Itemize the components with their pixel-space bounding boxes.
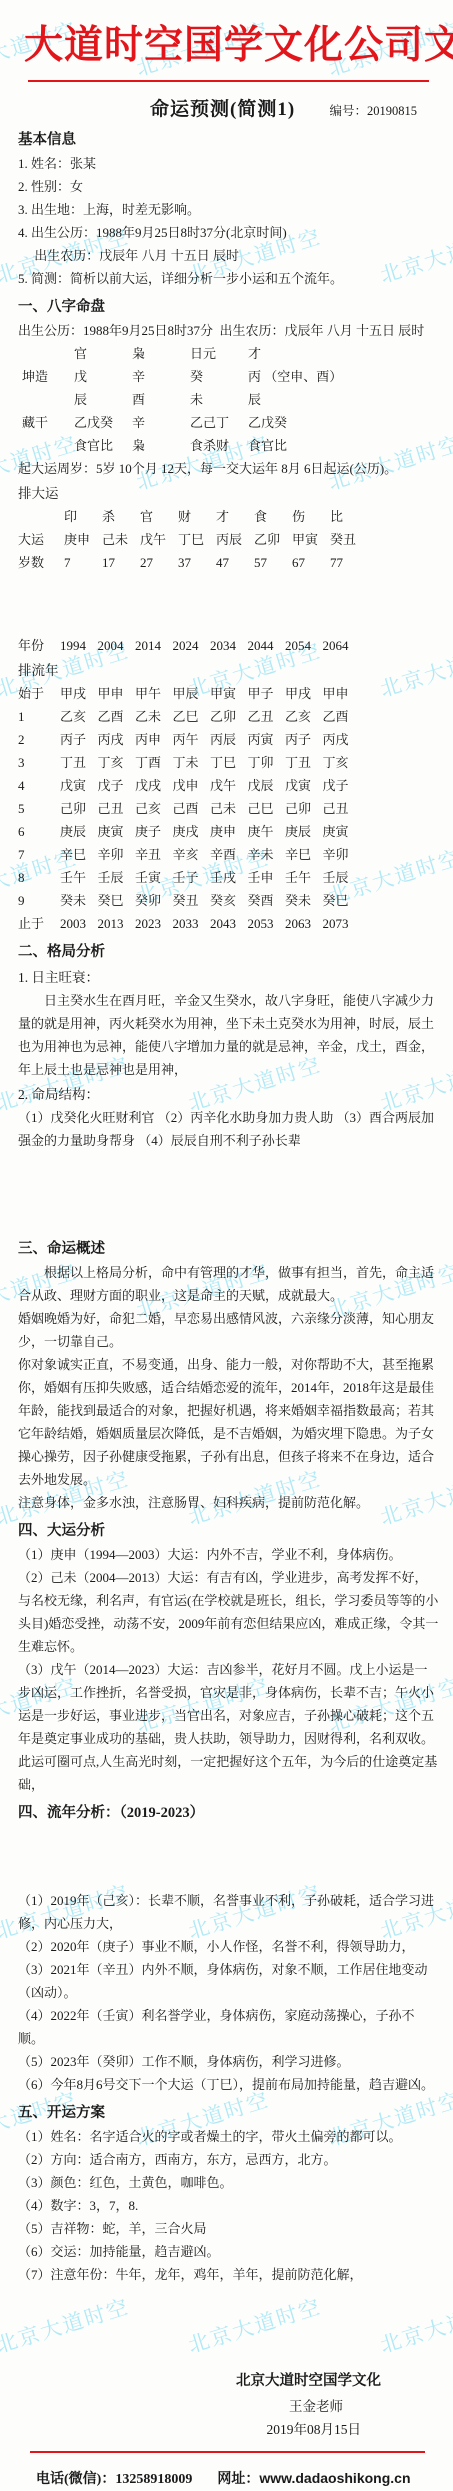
table-cell: 1 xyxy=(18,705,60,728)
table-cell: 癸酉 xyxy=(248,889,286,912)
table-cell: 乙酉 xyxy=(323,705,361,728)
table-row: 坤造戊辛癸丙 （空申、酉） xyxy=(22,365,439,388)
table-cell: 6 xyxy=(18,820,60,843)
table-cell: 止于 xyxy=(18,912,60,935)
table-cell: 甲申 xyxy=(323,682,361,705)
table-row: 始于甲戌甲申甲午甲辰甲寅甲子甲戌甲申 xyxy=(18,682,439,705)
table-cell: 丁酉 xyxy=(135,751,173,774)
table-cell: 1994 xyxy=(60,634,98,657)
table-row: 藏干乙戊癸辛乙己丁乙戊癸 xyxy=(22,411,439,434)
table-row: 9癸未癸巳癸卯癸丑癸亥癸酉癸未癸巳 xyxy=(18,889,439,912)
table-cell xyxy=(22,434,74,457)
table-cell: 丙戌 xyxy=(98,728,136,751)
table-row: 止于20032013202320332043205320632073 xyxy=(18,912,439,935)
table-cell: 丁亥 xyxy=(323,751,361,774)
phone-label: 电话(微信)： xyxy=(36,2472,115,2487)
table-cell: 癸亥 xyxy=(210,889,248,912)
table-cell: 壬午 xyxy=(285,866,323,889)
report-title: 命运预测(简测1) xyxy=(150,98,295,121)
paragraph: 你对象诚实正直，不易变通，出身、能力一般，对你帮助不大，甚至拖累你，婚姻有压抑失… xyxy=(18,1353,439,1491)
table-row: 2丙子丙戌丙申丙午丙辰丙寅丙子丙戌 xyxy=(18,728,439,751)
table-cell: 辰 xyxy=(248,388,439,411)
table-cell: 戊午 xyxy=(140,528,178,551)
liunian-table: 始于甲戌甲申甲午甲辰甲寅甲子甲戌甲申1乙亥乙酉乙未乙巳乙卯乙丑乙亥乙酉2丙子丙戌… xyxy=(18,682,439,935)
footer-company: 北京大道时空国学文化 xyxy=(18,2370,381,2393)
table-cell: 丙辰 xyxy=(216,528,254,551)
paragraph: （1）2019年（己亥）：长辈不顺，名誉事业不利，子孙破耗，适合学习进修，内心压… xyxy=(18,1889,439,1935)
table-cell: 戊戌 xyxy=(135,774,173,797)
table-cell: 2043 xyxy=(210,912,248,935)
table-cell: 财 xyxy=(178,505,216,528)
paragraph: （2）2020年（庚子）事业不顺，小人作怪，名誉不利，得领导助力， xyxy=(18,1935,439,1958)
table-cell: 己巳 xyxy=(248,797,286,820)
table-cell: 乙丑 xyxy=(248,705,286,728)
paragraph: （7）注意年份：牛年，龙年，鸡年，羊年，提前防范化解， xyxy=(18,2263,439,2286)
table-row: 7辛巳辛卯辛丑辛亥辛酉辛未辛巳辛卯 xyxy=(18,843,439,866)
table-cell: 戊子 xyxy=(323,774,361,797)
table-cell: 戊申 xyxy=(173,774,211,797)
table-cell: 己丑 xyxy=(98,797,136,820)
title-underline xyxy=(28,80,429,82)
birth-line: 出生公历：1988年9月25日8时37分 出生农历：戊辰年 八月 十五日 辰时 xyxy=(18,319,439,342)
table-cell: 丙辰 xyxy=(210,728,248,751)
table-cell: 食官比 xyxy=(74,434,132,457)
table-cell: 己卯 xyxy=(60,797,98,820)
table-cell: 壬午 xyxy=(60,866,98,889)
paragraph: （3）颜色：红色，土黄色，咖啡色。 xyxy=(18,2171,439,2194)
website-label: 网址： xyxy=(217,2472,259,2487)
table-cell: 戊子 xyxy=(98,774,136,797)
table-cell: 2003 xyxy=(60,912,98,935)
paragraph: 1. 姓名：张某 xyxy=(18,152,439,175)
paragraph: 4. 出生公历：1988年9月25日8时37分(北京时间) xyxy=(18,221,439,244)
section-heading-kaiyun: 五、开运方案 xyxy=(18,2102,439,2125)
paragraph: （6）今年8月6号交下一个大运（丁巳），提前布局加持能量，趋吉避凶。 xyxy=(18,2073,439,2096)
table-cell: 辰 xyxy=(74,388,132,411)
table-cell: 乙戊癸 xyxy=(248,411,439,434)
table-cell: 癸 xyxy=(190,365,248,388)
table-cell: 印 xyxy=(64,505,102,528)
table-cell: 食 xyxy=(254,505,292,528)
table-row: 官枭日元才 xyxy=(22,342,439,365)
paragraph: （5）吉祥物：蛇，羊，三合火局 xyxy=(18,2217,439,2240)
table-cell: 乙未 xyxy=(135,705,173,728)
table-cell: 甲子 xyxy=(248,682,286,705)
basic-info-list: 1. 姓名：张某2. 性别：女3. 出生地：上海，时差无影响。4. 出生公历：1… xyxy=(18,152,439,290)
paragraph: （4）数字：3，7，8. xyxy=(18,2194,439,2217)
table-cell: 丙戌 xyxy=(323,728,361,751)
mingju-title: 2. 命局结构： xyxy=(18,1083,439,1106)
table-cell: 辛亥 xyxy=(173,843,211,866)
table-cell: 壬辰 xyxy=(323,866,361,889)
table-row: 3丁丑丁亥丁酉丁未丁巳丁卯丁丑丁亥 xyxy=(18,751,439,774)
table-cell: 庚寅 xyxy=(98,820,136,843)
section-heading-bazi: 一、八字命盘 xyxy=(18,296,439,319)
paragraph: 5. 简测：简析以前大运，详细分析一步小运和五个流年。 xyxy=(18,267,439,290)
paragraph: （1）庚申（1994—2003）大运：内外不吉，学业不利，身体病伤。 xyxy=(18,1543,439,1566)
table-cell: 7 xyxy=(18,843,60,866)
gaishu-paragraphs: 根据以上格局分析，命中有管理的才华，做事有担当，首先，命主适合从政、理财方面的职… xyxy=(18,1261,439,1514)
table-cell: 8 xyxy=(18,866,60,889)
liunian-year-row: 年份19942004201420242034204420542064 xyxy=(18,634,439,657)
table-cell: 2024 xyxy=(173,634,211,657)
table-cell: 5 xyxy=(18,797,60,820)
table-cell: 食官比 xyxy=(248,434,439,457)
section-heading-gaishu: 三、命运概述 xyxy=(18,1238,439,1261)
table-row: 食官比枭食杀财食官比 xyxy=(22,434,439,457)
table-cell: 甲戌 xyxy=(285,682,323,705)
table-cell: 乙巳 xyxy=(173,705,211,728)
phone-number: 13258918009 xyxy=(115,2472,192,2487)
table-cell: 乙己丁 xyxy=(190,411,248,434)
table-cell: 丙子 xyxy=(60,728,98,751)
paragraph: （3）2021年（辛丑）内外不顺，身体病伤，对象不顺，工作居住地变动（凶动）。 xyxy=(18,1958,439,2004)
table-cell: 枭 xyxy=(132,342,190,365)
table-cell: 丙申 xyxy=(135,728,173,751)
table-cell: 己未 xyxy=(102,528,140,551)
table-cell: 庚辰 xyxy=(285,820,323,843)
rizhu-text: 日主癸水生在酉月旺，辛金又生癸水，故八字身旺，能使八字减少力量的就是用神，丙火耗… xyxy=(18,989,439,1081)
table-cell: 庚申 xyxy=(210,820,248,843)
company-doc-title: 大道时空国学文化公司文本 xyxy=(18,6,439,74)
spacer xyxy=(18,574,439,634)
table-cell: 辛丑 xyxy=(135,843,173,866)
table-cell: 4 xyxy=(18,774,60,797)
footer-teacher: 王金老师 xyxy=(18,2395,343,2418)
table-cell: 乙卯 xyxy=(210,705,248,728)
table-cell: 壬辰 xyxy=(98,866,136,889)
table-cell: 丁卯 xyxy=(248,751,286,774)
table-row: 6庚辰庚寅庚子庚戌庚申庚午庚辰庚寅 xyxy=(18,820,439,843)
dayun-table: 印杀官财才食伤比大运庚申己未戊午丁巳丙辰乙卯甲寅癸丑岁数717273747576… xyxy=(18,505,439,574)
document-page: 北京大道时空北京大道时空北京大道时空北京大道时空北京大道时空北京大道时空北京大道… xyxy=(0,0,453,2491)
table-cell: 癸丑 xyxy=(173,889,211,912)
table-cell: 2063 xyxy=(285,912,323,935)
table-cell: 甲寅 xyxy=(210,682,248,705)
table-cell: 辛未 xyxy=(248,843,286,866)
table-cell: 丁丑 xyxy=(60,751,98,774)
table-cell: 乙亥 xyxy=(285,705,323,728)
table-row: 大运庚申己未戊午丁巳丙辰乙卯甲寅癸丑 xyxy=(18,528,439,551)
table-row: 8壬午壬辰壬寅壬子壬戌壬申壬午壬辰 xyxy=(18,866,439,889)
table-cell: 伤 xyxy=(292,505,330,528)
paragraph: 2. 性别：女 xyxy=(18,175,439,198)
table-cell: 杀 xyxy=(102,505,140,528)
paragraph: 3. 出生地：上海，时差无影响。 xyxy=(18,198,439,221)
bazi-chart-table: 官枭日元才坤造戊辛癸丙 （空申、酉）辰酉未辰藏干乙戊癸辛乙己丁乙戊癸食官比枭食杀… xyxy=(22,342,439,457)
table-cell: 甲戌 xyxy=(60,682,98,705)
table-cell: 己卯 xyxy=(285,797,323,820)
table-cell: 才 xyxy=(216,505,254,528)
table-cell: 戊 xyxy=(74,365,132,388)
table-cell: 庚戌 xyxy=(173,820,211,843)
qiyun-line: 起大运周岁：5岁 10个月 12天，每一交大运年 8月 6日起运(公历)。 xyxy=(18,457,439,480)
table-cell: 2064 xyxy=(323,634,361,657)
table-cell: 壬申 xyxy=(248,866,286,889)
table-row: 辰酉未辰 xyxy=(22,388,439,411)
table-cell xyxy=(22,388,74,411)
table-cell: 乙卯 xyxy=(254,528,292,551)
table-row: 年份19942004201420242034204420542064 xyxy=(18,634,439,657)
paragraph: （4）2022年（壬寅）利名誉学业，身体病伤，家庭动荡操心，子孙不顺。 xyxy=(18,2004,439,2050)
table-cell: 57 xyxy=(254,551,292,574)
table-cell: 藏干 xyxy=(22,411,74,434)
table-row: 岁数717273747576777 xyxy=(18,551,439,574)
spacer xyxy=(18,1825,439,1889)
table-cell: 癸丑 xyxy=(330,528,368,551)
table-cell: 甲寅 xyxy=(292,528,330,551)
table-cell: 己未 xyxy=(210,797,248,820)
table-cell: 辛 xyxy=(132,411,190,434)
table-cell: 戊寅 xyxy=(60,774,98,797)
table-cell: 27 xyxy=(140,551,178,574)
table-cell: 庚申 xyxy=(64,528,102,551)
table-cell: 丙午 xyxy=(173,728,211,751)
table-cell: 乙戊癸 xyxy=(74,411,132,434)
table-cell: 壬戌 xyxy=(210,866,248,889)
table-cell: 2014 xyxy=(135,634,173,657)
footer-divider xyxy=(30,2451,425,2453)
dayun-table-heading: 排大运 xyxy=(18,482,439,505)
table-cell: 2004 xyxy=(98,634,136,657)
paragraph: （5）2023年（癸卯）工作不顺，身体病伤，利学习进修。 xyxy=(18,2050,439,2073)
paragraph: （3）戊午（2014—2023）大运：吉凶参半，花好月不圆。戊上小运是一步凶运，… xyxy=(18,1658,439,1796)
section-heading-geju: 二、格局分析 xyxy=(18,941,439,964)
section-heading-basic-info: 基本信息 xyxy=(18,129,439,152)
table-cell: 2023 xyxy=(135,912,173,935)
table-cell: 壬寅 xyxy=(135,866,173,889)
table-cell: 丁亥 xyxy=(98,751,136,774)
table-cell: 丁丑 xyxy=(285,751,323,774)
table-cell: 甲申 xyxy=(98,682,136,705)
table-cell: 2044 xyxy=(248,634,286,657)
table-cell: 戊寅 xyxy=(285,774,323,797)
table-cell: 辛巳 xyxy=(60,843,98,866)
spacer xyxy=(18,1152,439,1232)
table-cell: 2054 xyxy=(285,634,323,657)
table-cell: 庚午 xyxy=(248,820,286,843)
table-cell: 未 xyxy=(190,388,248,411)
table-cell: 辛卯 xyxy=(98,843,136,866)
table-cell: 戊辰 xyxy=(248,774,286,797)
table-cell: 己亥 xyxy=(135,797,173,820)
paragraph: 根据以上格局分析，命中有管理的才华，做事有担当，首先，命主适合从政、理财方面的职… xyxy=(18,1261,439,1307)
table-cell: 乙亥 xyxy=(60,705,98,728)
table-cell: 3 xyxy=(18,751,60,774)
table-cell xyxy=(18,505,64,528)
table-cell: 始于 xyxy=(18,682,60,705)
table-cell: 比 xyxy=(330,505,368,528)
liunian-table-heading: 排流年 xyxy=(18,659,439,682)
table-cell: 日元 xyxy=(190,342,248,365)
table-cell: 坤造 xyxy=(22,365,74,388)
table-cell: 才 xyxy=(248,342,439,365)
rizhu-title: 1. 日主旺衰： xyxy=(18,966,439,989)
table-cell: 辛酉 xyxy=(210,843,248,866)
section-heading-dayun-fenxi: 四、大运分析 xyxy=(18,1520,439,1543)
table-cell: 甲午 xyxy=(135,682,173,705)
table-cell: 丁巳 xyxy=(178,528,216,551)
table-cell: 2034 xyxy=(210,634,248,657)
paragraph: （6）交运：加持能量，趋吉避凶。 xyxy=(18,2240,439,2263)
table-cell: 丁未 xyxy=(173,751,211,774)
table-cell: 己丑 xyxy=(323,797,361,820)
table-row: 1乙亥乙酉乙未乙巳乙卯乙丑乙亥乙酉 xyxy=(18,705,439,728)
table-row: 印杀官财才食伤比 xyxy=(18,505,439,528)
table-cell: 壬子 xyxy=(173,866,211,889)
paragraph: 出生农历：戊辰年 八月 十五日 辰时 xyxy=(18,244,439,267)
table-cell: 酉 xyxy=(132,388,190,411)
table-cell: 9 xyxy=(18,889,60,912)
table-cell: 癸未 xyxy=(60,889,98,912)
table-cell: 己酉 xyxy=(173,797,211,820)
kaiyun-items: （1）姓名：名字适合火的字或者燥土的字，带火土偏旁的都可以。（2）方向：适合南方… xyxy=(18,2125,439,2286)
paragraph: 婚姻晚婚为好，命犯二婚，早恋易出感情风波，六亲缘分淡薄，知心朋友少，一切靠自己。 xyxy=(18,1307,439,1353)
table-cell xyxy=(22,342,74,365)
table-cell: 辛 xyxy=(132,365,190,388)
table-cell: 2053 xyxy=(248,912,286,935)
table-cell: 官 xyxy=(74,342,132,365)
table-cell: 丙 （空申、酉） xyxy=(248,365,439,388)
table-cell: 癸卯 xyxy=(135,889,173,912)
table-cell: 2 xyxy=(18,728,60,751)
paragraph: 注意身体，金多水浊，注意肠胃、妇科疾病，提前防范化解。 xyxy=(18,1491,439,1514)
paragraph: （2）方向：适合南方，西南方，东方，忌西方，北方。 xyxy=(18,2148,439,2171)
table-cell: 17 xyxy=(102,551,140,574)
footer-date: 2019年08月15日 xyxy=(18,2418,361,2441)
contact-line: 电话(微信)：13258918009 网址：www.dadaoshikong.c… xyxy=(36,2467,439,2491)
table-cell: 大运 xyxy=(18,528,64,551)
table-cell: 甲辰 xyxy=(173,682,211,705)
table-row: 5己卯己丑己亥己酉己未己巳己卯己丑 xyxy=(18,797,439,820)
doc-number: 编号：20190815 xyxy=(329,100,417,123)
table-cell: 庚寅 xyxy=(323,820,361,843)
table-cell: 7 xyxy=(64,551,102,574)
table-cell: 丙寅 xyxy=(248,728,286,751)
table-cell: 年份 xyxy=(18,634,60,657)
table-cell: 37 xyxy=(178,551,216,574)
table-cell: 庚子 xyxy=(135,820,173,843)
table-row: 4戊寅戊子戊戌戊申戊午戊辰戊寅戊子 xyxy=(18,774,439,797)
table-cell: 庚辰 xyxy=(60,820,98,843)
table-cell: 47 xyxy=(216,551,254,574)
table-cell: 辛巳 xyxy=(285,843,323,866)
table-cell: 官 xyxy=(140,505,178,528)
table-cell: 丙子 xyxy=(285,728,323,751)
footer: 北京大道时空国学文化 王金老师 2019年08月15日 电话(微信)：13258… xyxy=(18,2370,439,2491)
table-cell: 戊午 xyxy=(210,774,248,797)
table-cell: 2013 xyxy=(98,912,136,935)
mingju-text: （1）戊癸化火旺财利官 （2）丙辛化水助身加力贵人助 （3）酉合两辰加强金的力量… xyxy=(18,1106,439,1152)
table-cell: 癸巳 xyxy=(323,889,361,912)
table-cell: 乙酉 xyxy=(98,705,136,728)
table-cell: 岁数 xyxy=(18,551,64,574)
table-cell: 2073 xyxy=(323,912,361,935)
paragraph: （2）己未（2004—2013）大运：有吉有凶，学业进步，高考发挥不好，与名校无… xyxy=(18,1566,439,1658)
report-header: 命运预测(简测1) 编号：20190815 xyxy=(18,98,439,123)
table-cell: 丁巳 xyxy=(210,751,248,774)
dayun-fenxi-items: （1）庚申（1994—2003）大运：内外不吉，学业不利，身体病伤。（2）己未（… xyxy=(18,1543,439,1796)
table-cell: 67 xyxy=(292,551,330,574)
table-cell: 癸巳 xyxy=(98,889,136,912)
paragraph: （1）姓名：名字适合火的字或者燥土的字，带火土偏旁的都可以。 xyxy=(18,2125,439,2148)
section-heading-liunian-fenxi: 四、流年分析：（2019-2023） xyxy=(18,1802,439,1825)
table-cell: 辛卯 xyxy=(323,843,361,866)
table-cell: 食杀财 xyxy=(190,434,248,457)
table-cell: 癸未 xyxy=(285,889,323,912)
table-cell: 77 xyxy=(330,551,368,574)
table-cell: 枭 xyxy=(132,434,190,457)
liunian-fenxi-items: （1）2019年（己亥）：长辈不顺，名誉事业不利，子孙破耗，适合学习进修，内心压… xyxy=(18,1889,439,2096)
table-cell: 2033 xyxy=(173,912,211,935)
website-url: www.dadaoshikong.cn xyxy=(259,2470,410,2486)
